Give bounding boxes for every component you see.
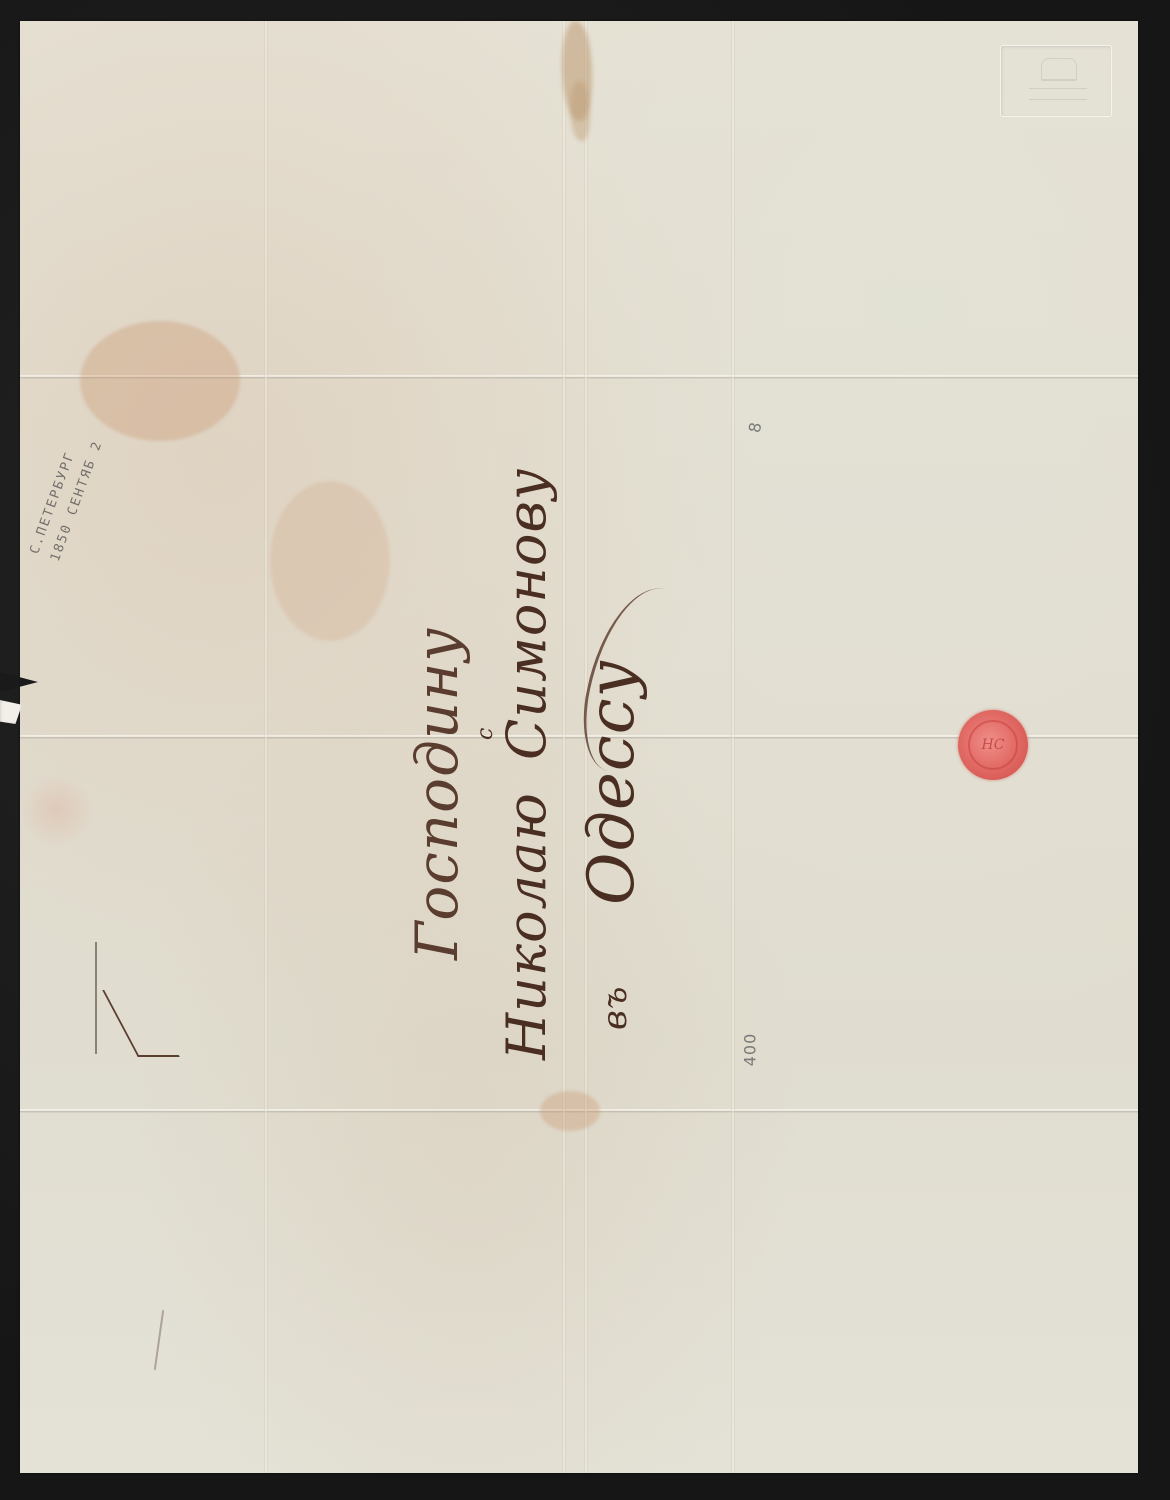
seal-monogram: НС xyxy=(958,710,1028,780)
foxing-stain xyxy=(270,481,390,641)
address-preposition: въ xyxy=(595,986,635,1030)
water-stain xyxy=(570,81,590,141)
foxing-stain xyxy=(540,1091,600,1131)
pencil-note: 400 xyxy=(740,1033,759,1067)
address-first-name: Николаю xyxy=(495,792,558,1060)
foxing-stain xyxy=(80,321,240,441)
fold-line xyxy=(264,21,268,1473)
wax-seal: НС xyxy=(958,710,1028,780)
fold-line xyxy=(731,21,735,1473)
embossed-crown-stamp xyxy=(1000,45,1112,117)
crown-icon xyxy=(1041,58,1077,81)
ink-stroke xyxy=(95,942,97,1054)
address-salutation: Господину xyxy=(403,627,471,960)
address-surname: Симонову xyxy=(495,468,558,760)
seal-offset-mark xyxy=(22,770,92,850)
paper-tear xyxy=(0,672,38,692)
